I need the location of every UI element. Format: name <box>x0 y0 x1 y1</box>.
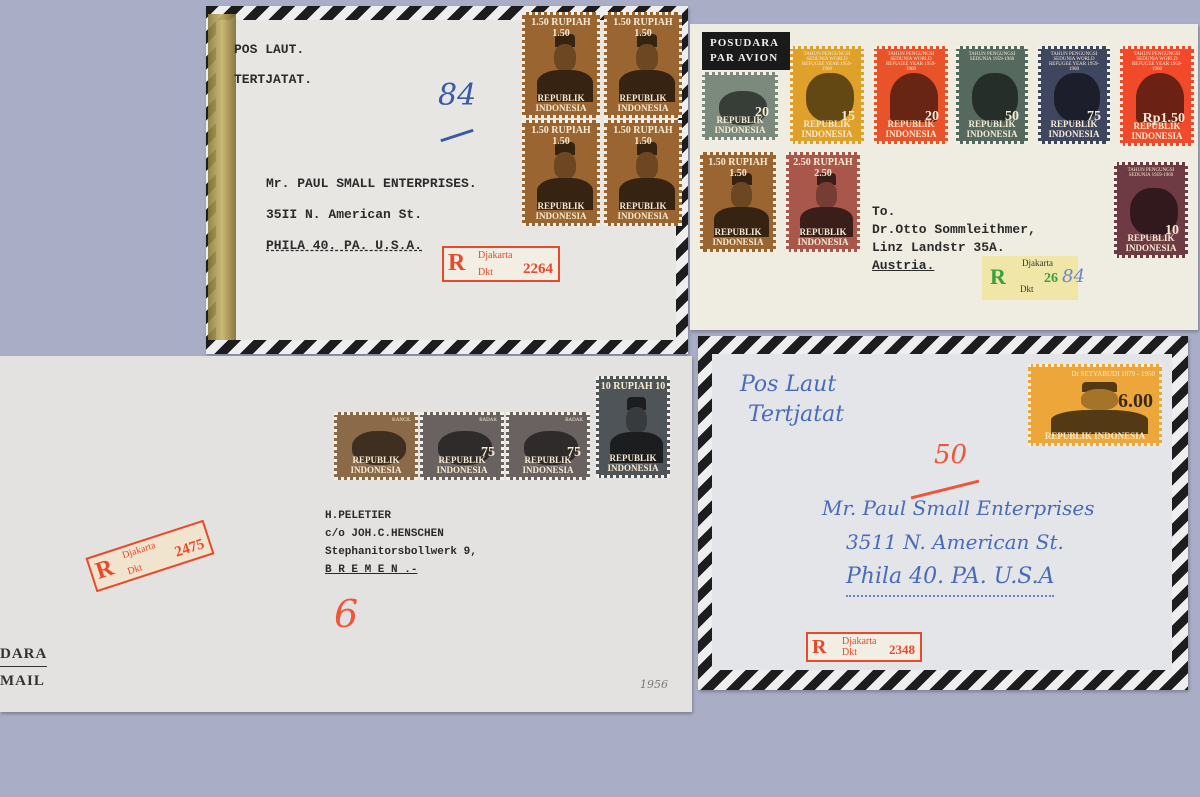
stamp: TAHUN PENGUNGSI SEDUNIA WORLD REFUGEE YE… <box>790 46 864 144</box>
stamp-denomination: 1.50 RUPIAH 1.50 <box>607 125 679 147</box>
stamp: Dr SETYABUDI 1879 - 19506.00REPUBLIK IND… <box>1028 364 1162 446</box>
envelope-top-right: POSUDARA PAR AVION To. Dr.Otto Sommleith… <box>690 24 1198 330</box>
stamp-country: REPUBLIKINDONESIA <box>525 93 597 113</box>
stamp: 1.50 RUPIAH 1.50REPUBLIKINDONESIA <box>522 12 600 118</box>
stamp: 10 RUPIAH 10REPUBLIKINDONESIA <box>596 376 670 478</box>
stamp-country: REPUBLIKINDONESIA <box>607 93 679 113</box>
stamp-header: TAHUN PENGUNGSI SEDUNIA WORLD REFUGEE YE… <box>1127 52 1187 72</box>
address-line2: 3511 N. American St. <box>846 530 1064 554</box>
address-line3: Stephanitorsbollwerk 9, <box>325 546 477 558</box>
stamp-denomination: 1.50 RUPIAH 1.50 <box>525 125 597 147</box>
registration-mark: R <box>812 636 826 659</box>
stamp: TAHUN PENGUNGSI SEDUNIA WORLD REFUGEE YE… <box>874 46 948 144</box>
registration-office: Dkt <box>478 267 493 278</box>
pencil-note: 84 <box>438 78 476 113</box>
stamp-denomination: 1.50 RUPIAH 1.50 <box>607 17 679 39</box>
registration-number: 2264 <box>523 261 553 278</box>
address-line3: Phila 40. PA. U.S.A <box>846 564 1054 597</box>
address-line2: Dr.Otto Sommleithmer, <box>872 222 1036 237</box>
registration-number: 2475 <box>173 536 207 561</box>
stamp: 1.50 RUPIAH 1.50REPUBLIKINDONESIA <box>604 12 682 118</box>
stamp-country: REPUBLIK INDONESIA <box>1123 121 1191 141</box>
stamp-denomination: 1.50 RUPIAH 1.50 <box>703 157 773 179</box>
stamp-caption: BADAK <box>427 418 497 423</box>
address-line1: Mr. Paul Small Enterprises <box>822 496 1094 520</box>
stamp-value: 6.00 <box>1118 390 1153 413</box>
stamp-country: REPUBLIK INDONESIA <box>703 227 773 247</box>
registration-mark: R <box>92 555 117 586</box>
registration-handwritten: 84 <box>1062 266 1085 287</box>
side-label-line1: DARA <box>0 646 47 667</box>
address-line4: Austria. <box>872 258 934 273</box>
stamp-country: REPUBLIK INDONESIA <box>423 455 501 475</box>
stamp-country: REPUBLIK INDONESIA <box>705 115 775 135</box>
registration-mark: R <box>990 264 1006 290</box>
registration-city: Djakarta <box>1022 258 1053 268</box>
address-line3: Linz Landstr 35A. <box>872 240 1005 255</box>
registration-number: 26 <box>1044 271 1058 287</box>
stamp-denomination: 10 RUPIAH 10 <box>599 381 667 392</box>
stamp: TAHUN PENGUNGSI SEDUNIA WORLD REFUGEE YE… <box>1120 46 1194 146</box>
registration-office: Dkt <box>842 647 857 658</box>
route-label-line1: Pos Laut <box>740 372 836 397</box>
address-line2: 35II N. American St. <box>266 207 422 222</box>
red-note: 6 <box>334 592 358 636</box>
stamp-country: REPUBLIK INDONESIA <box>877 119 945 139</box>
route-label-line2: Tertjatat <box>748 402 844 427</box>
address-line4: B R E M E N .- <box>325 564 417 576</box>
address-line1: H.PELETIER <box>325 510 391 522</box>
address-line1: To. <box>872 204 895 219</box>
envelope-top-left: POS LAUT. TERTJATAT. 84 Mr. PAUL SMALL E… <box>206 6 688 354</box>
registration-label: R Djakarta Dkt 2264 <box>442 246 560 282</box>
stamp: 1.50 RUPIAH 1.50REPUBLIK INDONESIA <box>700 152 776 252</box>
stamp-country: REPUBLIK INDONESIA <box>1117 233 1185 253</box>
stamp-country: REPUBLIK INDONESIA <box>337 455 415 475</box>
registration-label: R Djakarta Dkt 2348 <box>806 632 922 662</box>
stamp-country: REPUBLIK INDONESIA <box>1041 119 1107 139</box>
tape-strip <box>208 14 236 340</box>
stamp-country: REPUBLIK INDONESIA <box>1031 431 1159 441</box>
registration-office: Dkt <box>1020 284 1034 294</box>
stamp-header: TAHUN PENGUNGSI SEDUNIA 1959-1960 <box>963 52 1021 62</box>
registration-label: R Djakarta Dkt 26 84 <box>982 256 1078 300</box>
stamp-denomination: 2.50 RUPIAH 2.50 <box>789 157 857 179</box>
stamp: BADAK75REPUBLIK INDONESIA <box>506 412 590 480</box>
stamp: BADAK75REPUBLIK INDONESIA <box>420 412 504 480</box>
envelope-bottom-right: Pos Laut Tertjatat 50 Mr. Paul Small Ent… <box>698 336 1188 690</box>
stamp-denomination: 1.50 RUPIAH 1.50 <box>525 17 597 39</box>
stamp-country: REPUBLIKINDONESIA <box>525 201 597 221</box>
stamp-caption: KANCIL <box>341 418 411 423</box>
stamp-country: REPUBLIKINDONESIA <box>607 201 679 221</box>
stamp-header: TAHUN PENGUNGSI SEDUNIA WORLD REFUGEE YE… <box>881 52 941 72</box>
stamp: KANCILREPUBLIK INDONESIA <box>334 412 418 480</box>
stamp-header: TAHUN PENGUNGSI SEDUNIA 1959-1960 <box>1121 168 1181 178</box>
stamp-caption: BADAK <box>513 418 583 423</box>
stamp: 20REPUBLIK INDONESIA <box>702 72 778 140</box>
address-line1: Mr. PAUL SMALL ENTERPRISES. <box>266 176 477 191</box>
envelope-bottom-left: H.PELETIER c/o JOH.C.HENSCHEN Stephanito… <box>0 356 692 712</box>
registration-city: Djakarta <box>121 540 157 561</box>
airmail-label-line2: PAR AVION <box>710 51 790 66</box>
stamp-country: REPUBLIK INDONESIA <box>509 455 587 475</box>
registration-city: Djakarta <box>478 250 512 261</box>
stamp: TAHUN PENGUNGSI SEDUNIA 1959-196010REPUB… <box>1114 162 1188 258</box>
route-label-line1: POS LAUT. <box>234 42 304 57</box>
red-note: 50 <box>934 440 967 470</box>
pencil-year: 1956 <box>640 678 668 691</box>
registration-office: Dkt <box>126 562 144 577</box>
stamp-header: TAHUN PENGUNGSI SEDUNIA WORLD REFUGEE YE… <box>1045 52 1103 72</box>
registration-label: R Djakarta Dkt 2475 <box>85 520 214 593</box>
stamp: 1.50 RUPIAH 1.50REPUBLIKINDONESIA <box>604 120 682 226</box>
stamp-country: REPUBLIK INDONESIA <box>793 119 861 139</box>
stamp: TAHUN PENGUNGSI SEDUNIA 1959-196050REPUB… <box>956 46 1028 144</box>
stamp-block: 1.50 RUPIAH 1.50REPUBLIKINDONESIA 1.50 R… <box>522 12 688 228</box>
stamp-caption: Dr SETYABUDI 1879 - 1950 <box>1035 370 1155 378</box>
side-label: DARA MAIL <box>0 646 47 690</box>
stamp-country: REPUBLIK INDONESIA <box>789 227 857 247</box>
airmail-label-line1: POSUDARA <box>710 36 790 51</box>
stamp: 1.50 RUPIAH 1.50REPUBLIKINDONESIA <box>522 120 600 226</box>
stamp-country: REPUBLIKINDONESIA <box>599 453 667 473</box>
route-label-line2: TERTJATAT. <box>234 72 312 87</box>
registration-mark: R <box>448 250 465 277</box>
stamp-header: TAHUN PENGUNGSI SEDUNIA WORLD REFUGEE YE… <box>797 52 857 72</box>
side-label-line2: MAIL <box>0 673 47 690</box>
address-line2: c/o JOH.C.HENSCHEN <box>325 528 444 540</box>
registration-number: 2348 <box>889 642 915 658</box>
address-line3: PHILA 40. PA. U.S.A. <box>266 238 422 253</box>
registration-city: Djakarta <box>842 636 876 647</box>
stamp-country: REPUBLIK INDONESIA <box>959 119 1025 139</box>
airmail-label: POSUDARA PAR AVION <box>702 32 790 70</box>
stamp: TAHUN PENGUNGSI SEDUNIA WORLD REFUGEE YE… <box>1038 46 1110 144</box>
stamp: 2.50 RUPIAH 2.50REPUBLIK INDONESIA <box>786 152 860 252</box>
